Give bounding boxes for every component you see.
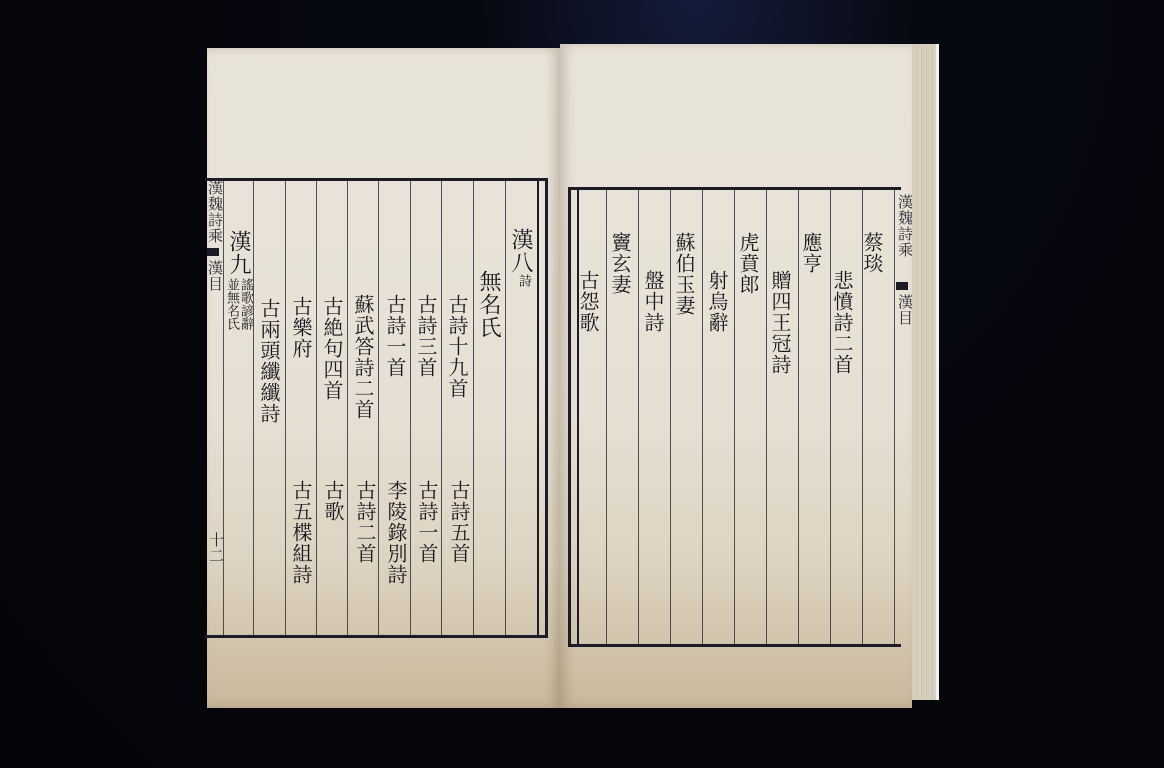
entry-title: 古詩三首	[416, 294, 436, 378]
left-page: 漢魏詩乘 漢目 十二 漢八 詩 無名氏 古詩十九首 古詩五首 古詩三首 古詩一首…	[207, 48, 560, 708]
author-anonymous: 無名氏	[477, 270, 499, 339]
entry-title: 古五楪組詩	[291, 480, 311, 585]
left-margin-section: 漢目	[207, 260, 222, 292]
entry-title: 盤中詩	[643, 270, 663, 333]
fish-tail-mark	[896, 282, 908, 290]
right-page: 漢魏詩乘 漢目 蔡琰 悲憤詩二首 應亨 贈四王冠詩 虎賁郎 射烏辭 蘇伯玉妻 盤…	[560, 44, 912, 708]
entry-title: 古詩一首	[385, 294, 405, 378]
right-margin-section: 漢目	[897, 294, 912, 326]
dynasty-heading-han8: 漢八	[509, 228, 531, 274]
entry-title: 贈四王冠詩	[770, 270, 790, 375]
right-margin-title: 漢魏詩乘	[897, 194, 912, 258]
entry-title: 古詩五首	[449, 480, 469, 564]
author-su-boyu-wife: 蘇伯玉妻	[674, 232, 694, 316]
entry-title: 古詩十九首	[447, 294, 467, 399]
author-huben-lang: 虎賁郎	[738, 232, 758, 295]
dynasty-heading-han9: 漢九	[227, 230, 249, 276]
entry-title: 蘇武答詩二首	[353, 294, 373, 420]
entry-title: 古兩頭纖纖詩	[259, 298, 279, 424]
heading-note-right: 謠歌諺辭	[239, 278, 252, 330]
page-stack-edge	[912, 44, 939, 700]
fish-tail-mark	[207, 248, 219, 256]
entry-title: 古絶句四首	[322, 296, 342, 401]
entry-title: 古樂府	[291, 296, 311, 359]
left-folio-number: 十二	[208, 532, 223, 564]
entry-title: 射烏辭	[707, 270, 727, 333]
left-margin-title: 漢魏詩乘	[207, 180, 222, 244]
entry-title: 古詩一首	[417, 480, 437, 564]
author-dou-xuan-wife: 竇玄妻	[610, 232, 630, 295]
entry-title: 悲憤詩二首	[832, 270, 852, 375]
entry-title: 古怨歌	[578, 270, 598, 333]
entry-title: 古歌	[323, 480, 343, 522]
entry-title: 李陵錄別詩	[386, 480, 406, 585]
author-ying-heng: 應亨	[801, 232, 821, 274]
heading-note-left: 並無名氏	[225, 278, 238, 330]
author-cai-yan: 蔡琰	[862, 232, 882, 274]
entry-title: 古詩二首	[355, 480, 375, 564]
heading-note: 詩	[517, 274, 530, 287]
